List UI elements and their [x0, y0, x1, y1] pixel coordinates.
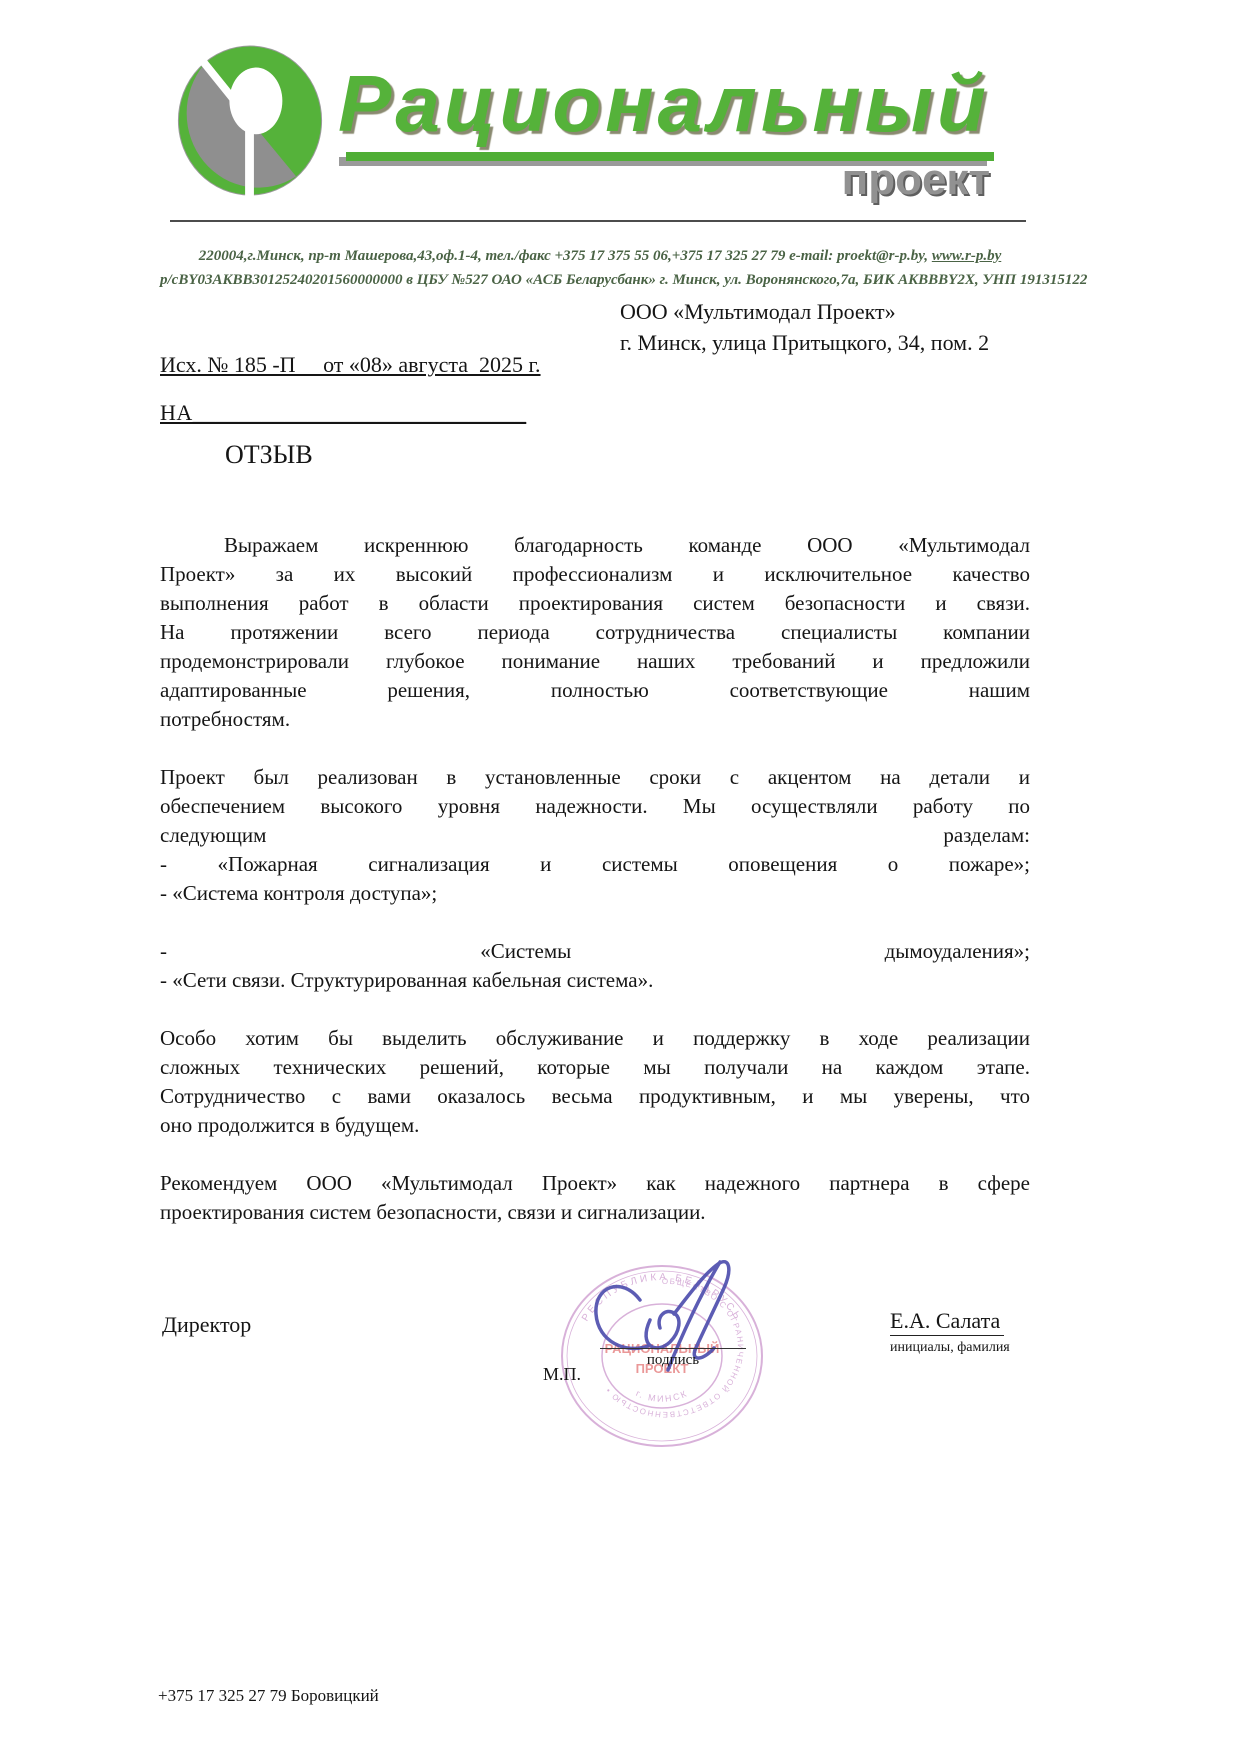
signer-name: Е.А. Салата	[890, 1308, 1004, 1336]
body-line: Особо хотим бы выделить обслуживание и п…	[160, 1024, 1030, 1053]
signature-line	[600, 1348, 746, 1349]
body-line: - «Пожарная сигнализация и системы опове…	[160, 850, 1030, 879]
letter-body: Выражаем искреннюю благодарность команде…	[160, 531, 1030, 1227]
recipient-block: ООО «Мультимодал Проект» г. Минск, улица…	[620, 296, 989, 358]
body-line: Проект» за их высокий профессионализм и …	[160, 560, 1030, 589]
recipient-address: г. Минск, улица Притыцкого, 34, пом. 2	[620, 327, 989, 358]
signature-autograph	[578, 1258, 778, 1398]
body-line: - «Сети связи. Структурированная кабельн…	[160, 966, 1030, 995]
paragraph-spacer	[160, 908, 1030, 937]
body-line: выполнения работ в области проектировани…	[160, 589, 1030, 618]
body-line: Сотрудничество с вами оказалось весьма п…	[160, 1082, 1030, 1111]
brand-subtitle: проект	[842, 158, 990, 202]
body-line: потребностям.	[160, 705, 1030, 734]
body-line: Проект был реализован в установленные ср…	[160, 763, 1030, 792]
body-line: - «Системы дымоудаления»;	[160, 937, 1030, 966]
company-logo-icon	[175, 45, 325, 197]
body-line: Выражаем искреннюю благодарность команде…	[160, 531, 1030, 560]
body-line: продемонстрировали глубокое понимание на…	[160, 647, 1030, 676]
outgoing-number: Исх. № 185 -П от «08» августа 2025 г.	[160, 352, 541, 378]
body-line: проектирования систем безопасности, связ…	[160, 1198, 1030, 1227]
body-line: Рекомендуем ООО «Мультимодал Проект» как…	[160, 1169, 1030, 1198]
contact-line-1: 220004,г.Минск, пр-т Машерова,43,оф.1-4,…	[160, 248, 1040, 265]
body-line: оно продолжится в будущем.	[160, 1111, 1030, 1140]
brand-name: Рациональный	[338, 64, 990, 144]
paragraph-spacer	[160, 995, 1030, 1024]
body-line: адаптированные решения, полностью соотве…	[160, 676, 1030, 705]
footer-contact: +375 17 325 27 79 Боровицкий	[158, 1686, 379, 1706]
document-title: ОТЗЫВ	[225, 440, 313, 470]
website-link[interactable]: www.r-p.by	[932, 248, 1001, 264]
recipient-name: ООО «Мультимодал Проект»	[620, 296, 989, 327]
signer-position: Директор	[162, 1312, 251, 1338]
contact-line-1-text: 220004,г.Минск, пр-т Машерова,43,оф.1-4,…	[199, 248, 932, 264]
contact-line-2: р/сBY03AKBB30125240201560000000 в ЦБУ №5…	[160, 272, 1040, 289]
letter-page: Рациональный проект 220004,г.Минск, пр-т…	[0, 0, 1241, 1755]
paragraph-spacer	[160, 734, 1030, 763]
body-line: сложных технических решений, которые мы …	[160, 1053, 1030, 1082]
body-line: следующим разделам:	[160, 821, 1030, 850]
header-divider	[170, 220, 1026, 222]
paragraph-spacer	[160, 1140, 1030, 1169]
body-line: На протяжении всего периода сотрудничест…	[160, 618, 1030, 647]
stamp-place-label: М.П.	[543, 1364, 581, 1385]
signature-caption: подпись	[600, 1352, 746, 1369]
reply-to-line: НА_____________________________	[160, 400, 526, 426]
body-line: обеспечением высокого уровня надежности.…	[160, 792, 1030, 821]
signer-name-caption: инициалы, фамилия	[890, 1340, 1010, 1356]
body-line: - «Система контроля доступа»;	[160, 879, 1030, 908]
